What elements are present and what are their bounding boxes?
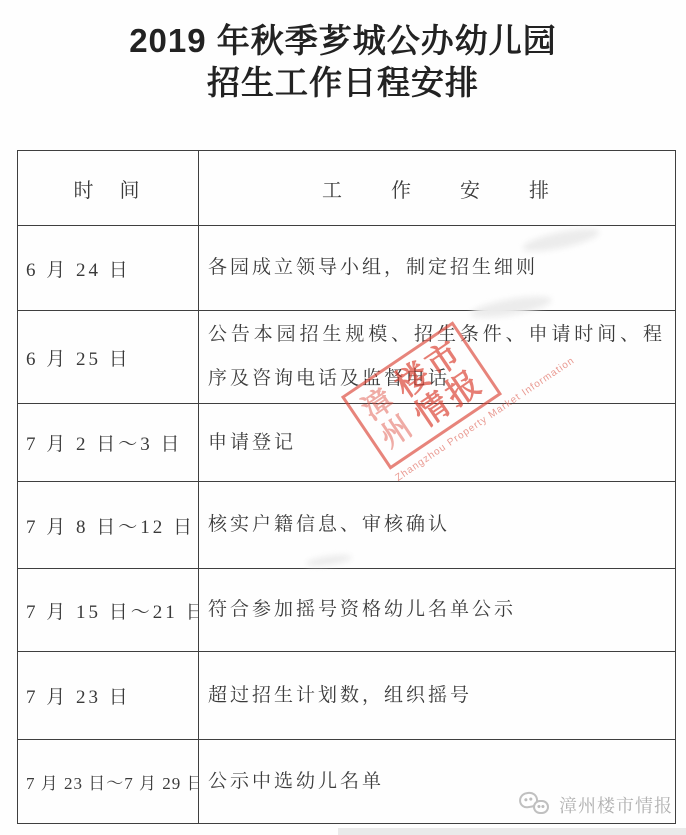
- time-cell: 6 月 24 日: [18, 226, 199, 311]
- title-line-2: 招生工作日程安排: [0, 62, 686, 104]
- table-row: 7 月 15 日～21 日 符合参加摇号资格幼儿名单公示: [18, 569, 676, 652]
- time-cell: 7 月 15 日～21 日: [18, 569, 199, 652]
- chat-bubble-icon: [533, 800, 549, 814]
- page-title: 2019 年秋季芗城公办幼儿园 招生工作日程安排: [0, 20, 686, 104]
- header-cell-task: 工 作 安 排: [199, 151, 676, 226]
- header-cell-time: 时 间: [18, 151, 199, 226]
- wechat-icon: [519, 791, 552, 818]
- task-cell: 核实户籍信息、审核确认: [199, 482, 676, 569]
- table-row: 6 月 25 日 公告本园招生规模、招生条件、申请时间、程序及咨询电话及监督电话: [18, 311, 676, 404]
- task-cell: 符合参加摇号资格幼儿名单公示: [199, 569, 676, 652]
- time-cell: 7 月 23 日: [18, 652, 199, 740]
- schedule-table: 时 间 工 作 安 排 6 月 24 日 各园成立领导小组，制定招生细则 6 月…: [17, 150, 676, 824]
- task-cell: 超过招生计划数，组织摇号: [199, 652, 676, 740]
- table-header-row: 时 间 工 作 安 排: [18, 151, 676, 226]
- task-cell: 各园成立领导小组，制定招生细则: [199, 226, 676, 311]
- task-cell: 申请登记: [199, 404, 676, 482]
- table-row: 7 月 8 日～12 日 核实户籍信息、审核确认: [18, 482, 676, 569]
- scan-artifact-band: [338, 828, 686, 835]
- time-cell: 7 月 8 日～12 日: [18, 482, 199, 569]
- document-page: 2019 年秋季芗城公办幼儿园 招生工作日程安排 时 间 工 作 安 排 6 月…: [0, 0, 686, 835]
- task-cell: 公告本园招生规模、招生条件、申请时间、程序及咨询电话及监督电话: [199, 311, 676, 404]
- table-row: 7 月 2 日～3 日 申请登记: [18, 404, 676, 482]
- time-cell: 6 月 25 日: [18, 311, 199, 404]
- footer-watermark-label: 漳州楼市情报: [559, 792, 673, 818]
- table-row: 7 月 23 日 超过招生计划数，组织摇号: [18, 652, 676, 740]
- footer-watermark: 漳州楼市情报: [519, 791, 673, 818]
- time-cell: 7 月 2 日～3 日: [18, 404, 199, 482]
- table-row: 6 月 24 日 各园成立领导小组，制定招生细则: [18, 226, 676, 311]
- title-line-1: 2019 年秋季芗城公办幼儿园: [0, 20, 686, 62]
- time-cell: 7 月 23 日～7 月 29 日: [18, 740, 199, 824]
